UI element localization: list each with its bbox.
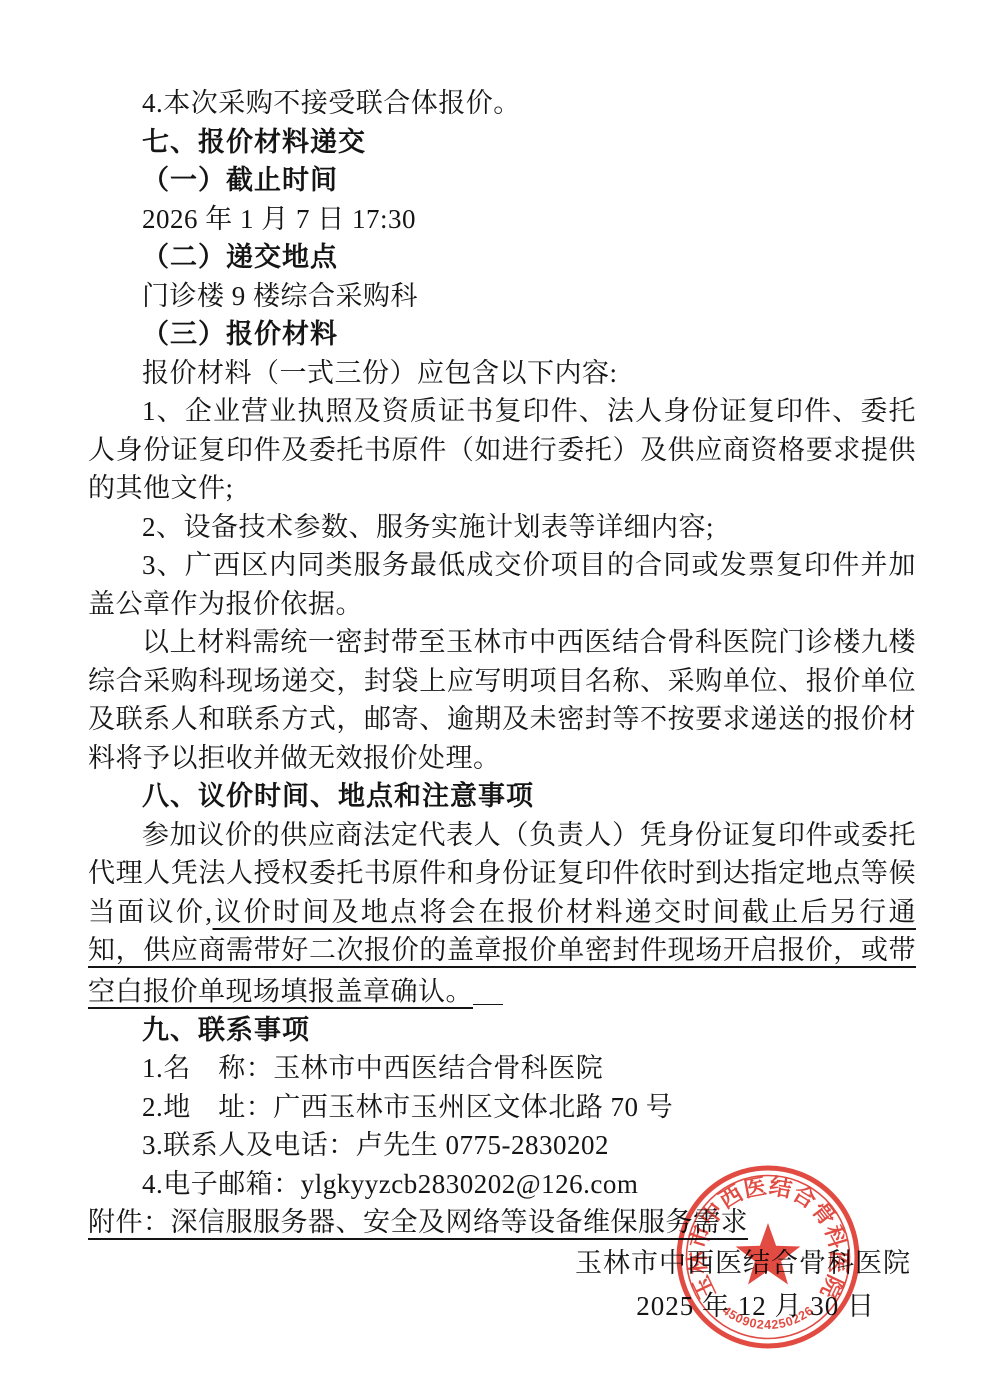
sealing-note: 以上材料需统一密封带至玉林市中西医结合骨科医院门诊楼九楼综合采购科现场递交，封袋… <box>88 623 916 777</box>
underline-extension <box>473 975 503 1006</box>
clause-no-joint-bid: 4.本次采购不接受联合体报价。 <box>88 84 916 123</box>
materials-item-1: 1、企业营业执照及资质证书复印件、法人身份证复印件、委托人身份证复印件及委托书原… <box>88 392 916 508</box>
seal-star-icon <box>736 1223 801 1285</box>
heading-7-1-deadline: （一）截止时间 <box>88 161 916 200</box>
materials-intro: 报价材料（一式三份）应包含以下内容: <box>88 354 916 393</box>
submission-place: 门诊楼 9 楼综合采购科 <box>88 277 916 316</box>
contact-address-line: 2.地 址：广西玉林市玉州区文体北路 70 号 <box>88 1088 916 1127</box>
document-body: 4.本次采购不接受联合体报价。 七、报价材料递交 （一）截止时间 2026 年 … <box>88 84 916 1242</box>
seal-number-text: 4509024250226 <box>720 1303 817 1332</box>
seal-group: 玉林市中西医结合骨科医院 4509024250226 <box>679 1168 857 1346</box>
materials-item-3: 3、广西区内同类服务最低成交价项目的合同或发票复印件并加盖公章作为报价依据。 <box>88 546 916 623</box>
official-seal-stamp: 玉林市中西医结合骨科医院 4509024250226 <box>663 1152 873 1362</box>
heading-7-2-place: （二）递交地点 <box>88 238 916 277</box>
negotiation-paragraph: 参加议价的供应商法定代表人（负责人）凭身份证复印件或委托代理人凭法人授权委托书原… <box>88 816 916 1011</box>
contact-name-line: 1.名 称：玉林市中西医结合骨科医院 <box>88 1049 916 1088</box>
heading-section7: 七、报价材料递交 <box>88 123 916 162</box>
heading-section9: 九、联系事项 <box>88 1011 916 1050</box>
deadline-datetime: 2026 年 1 月 7 日 17:30 <box>88 200 916 239</box>
heading-section8: 八、议价时间、地点和注意事项 <box>88 777 916 816</box>
heading-7-3-materials: （三）报价材料 <box>88 315 916 354</box>
document-page: 4.本次采购不接受联合体报价。 七、报价材料递交 （一）截止时间 2026 年 … <box>0 0 1000 1391</box>
materials-item-2: 2、设备技术参数、服务实施计划表等详细内容; <box>88 508 916 547</box>
